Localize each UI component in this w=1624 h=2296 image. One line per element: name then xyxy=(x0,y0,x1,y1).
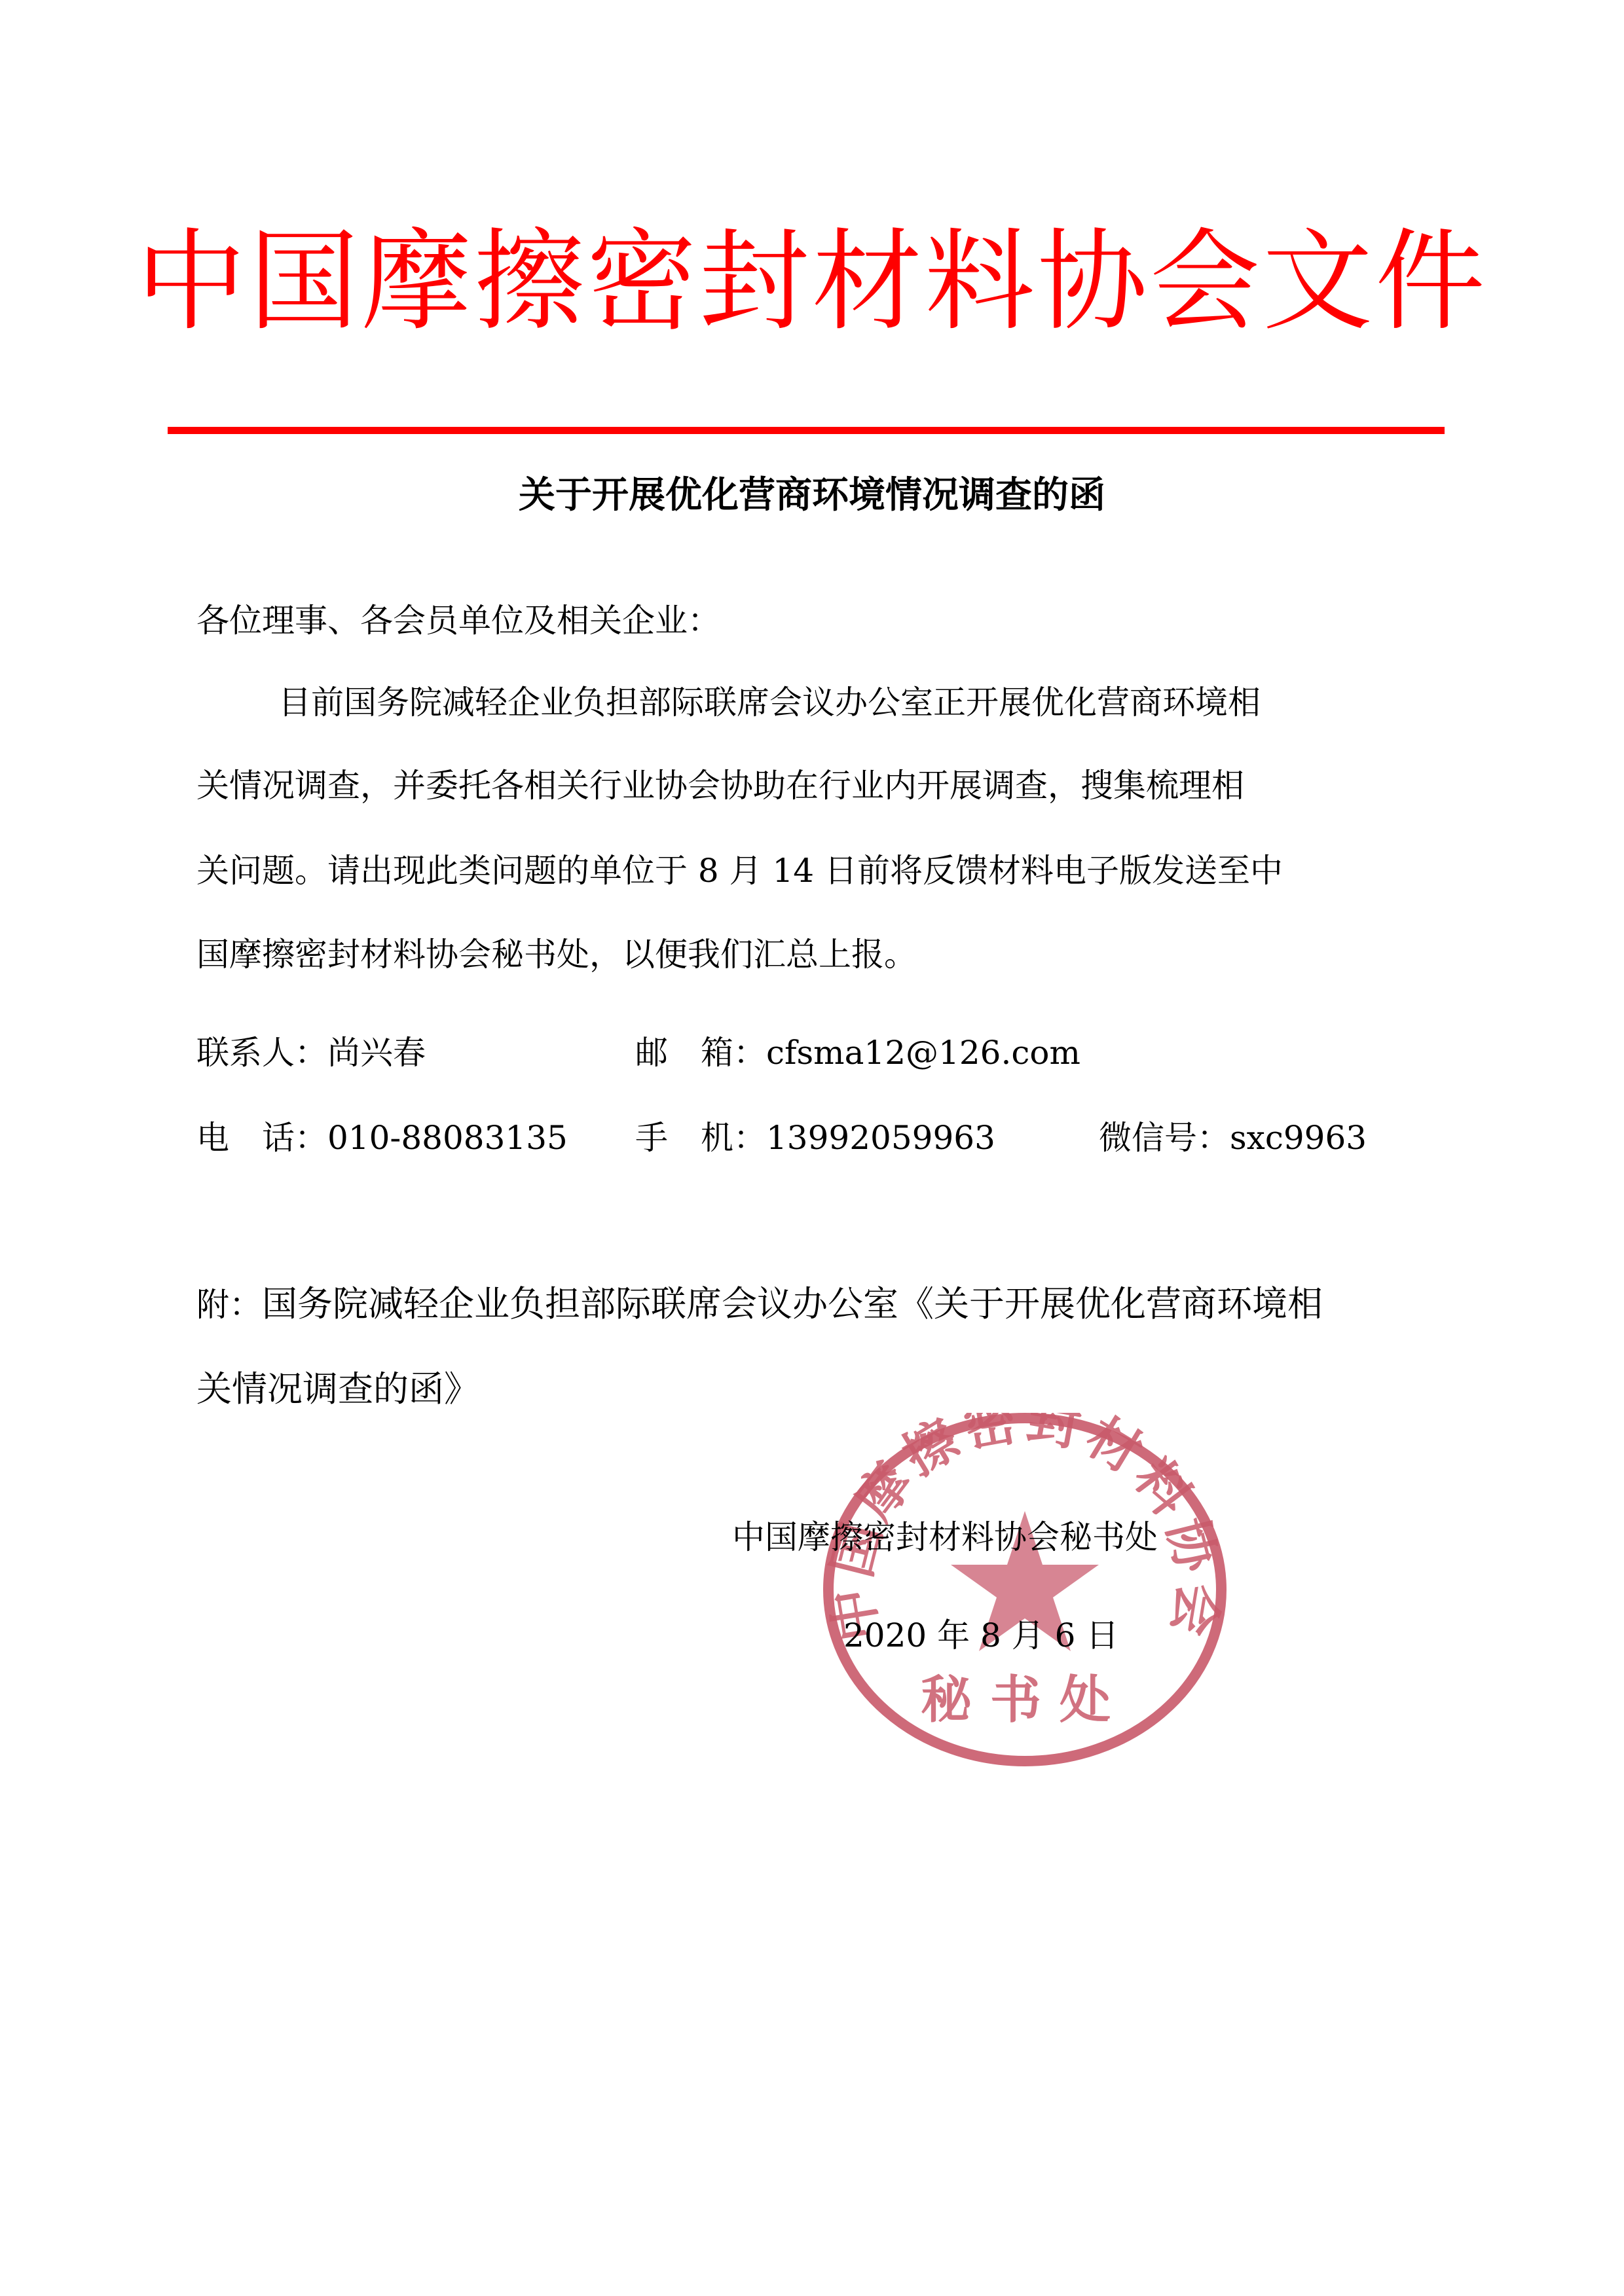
contact-person-label: 联系人： xyxy=(196,1034,327,1072)
contact-mobile-value: 13992059963 xyxy=(766,1119,995,1157)
contact-person: 联系人：尚兴春 xyxy=(196,1033,426,1072)
seal-icon: 中国摩擦密封材料协会 秘书处 xyxy=(815,1413,1234,1766)
contact-email-value: cfsma12@126.com xyxy=(766,1034,1080,1072)
contact-email-label: 邮 箱： xyxy=(635,1034,766,1072)
body-line-2: 关情况调查，并委托各相关行业协会协助在行业内开展调查，搜集梳理相 xyxy=(196,766,1244,805)
contact-person-name: 尚兴春 xyxy=(327,1034,426,1072)
header-divider xyxy=(168,427,1445,434)
contact-mobile-label: 手 机： xyxy=(635,1119,766,1157)
contact-phone-label: 电 话： xyxy=(196,1119,327,1157)
body-line-4: 国摩擦密封材料协会秘书处，以便我们汇总上报。 xyxy=(196,935,917,974)
official-seal: 中国摩擦密封材料协会 秘书处 xyxy=(815,1413,1234,1766)
contact-wechat-label: 微信号： xyxy=(1099,1119,1230,1157)
salutation: 各位理事、各会员单位及相关企业： xyxy=(196,601,720,640)
body-line-1: 目前国务院减轻企业负担部际联席会议办公室正开展优化营商环境相 xyxy=(278,683,1261,722)
signature-date: 2020 年 8 月 6 日 xyxy=(843,1616,1118,1655)
contact-wechat: 微信号：sxc9963 xyxy=(1099,1118,1367,1157)
contact-email: 邮 箱：cfsma12@126.com xyxy=(635,1033,1080,1072)
signature-org: 中国摩擦密封材料协会秘书处 xyxy=(732,1518,1158,1557)
attachment-text-1: 国务院减轻企业负担部际联席会议办公室《关于开展优化营商环境相 xyxy=(262,1283,1323,1324)
document-title: 关于开展优化营商环境情况调查的函 xyxy=(0,473,1624,519)
contact-wechat-value: sxc9963 xyxy=(1230,1119,1367,1157)
attachment-label: 附： xyxy=(196,1286,262,1324)
attachment-line-2: 关情况调查的函》 xyxy=(196,1370,479,1409)
contact-mobile: 手 机：13992059963 xyxy=(635,1118,995,1157)
attachment-line-1: 附：国务院减轻企业负担部际联席会议办公室《关于开展优化营商环境相 xyxy=(196,1285,1323,1324)
document-masthead: 中国摩擦密封材料协会文件 xyxy=(0,216,1624,347)
seal-bottom-text: 秘书处 xyxy=(921,1670,1129,1730)
body-line-3: 关问题。请出现此类问题的单位于 8 月 14 日前将反馈材料电子版发送至中 xyxy=(196,851,1283,890)
contact-phone-value: 010-88083135 xyxy=(327,1119,568,1157)
contact-phone: 电 话：010-88083135 xyxy=(196,1118,568,1157)
